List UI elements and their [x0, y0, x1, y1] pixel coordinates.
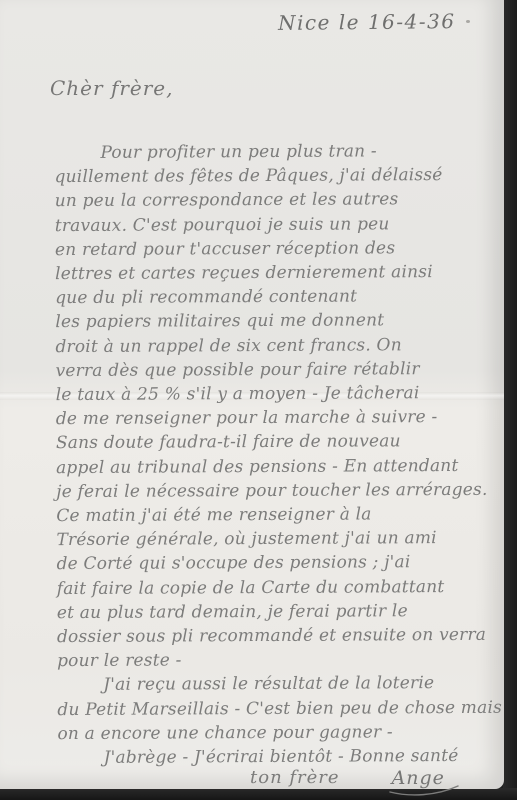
letter-line: et au plus tard demain, je ferai partir … [57, 599, 465, 625]
letter-line: en retard pour t'accuser réception des [55, 236, 463, 262]
letter-line: dossier sous pli recommandé et ensuite o… [57, 623, 465, 649]
scanner-background-right [503, 0, 517, 800]
letter-line: Sans doute faudra-t-il faire de nouveau [56, 429, 464, 455]
letter-line: verra dès que possible pour faire rétabl… [55, 357, 463, 383]
letter-line: travaux. C'est pourquoi je suis un peu [55, 212, 463, 238]
letter-line: les papiers militaires qui me donnent [55, 308, 463, 334]
letter-line: fait faire la copie de la Carte du comba… [57, 575, 465, 601]
letter-line: quillement des fêtes de Pâques, j'ai dél… [54, 163, 462, 189]
letter-line: de Corté qui s'occupe des pensions ; j'a… [57, 550, 465, 576]
letter-closing-row: ton frère Ange [250, 767, 445, 789]
letter-line: Pour profiter un peu plus tran - [54, 139, 462, 165]
letter-line: que du pli recommandé contenant [55, 284, 463, 310]
scanned-letter: Nice le 16-4-36 Chèr frère, Pour profite… [0, 0, 517, 800]
letter-line: de me renseigner pour la marche à suivre… [56, 405, 464, 431]
letter-line: Trésorie générale, où justement j'ai un … [56, 526, 464, 552]
paper-speck [466, 20, 470, 23]
signature-flourish-icon [388, 784, 462, 796]
letter-line: droit à un rappel de six cent francs. On [55, 333, 463, 359]
letter-line: appel au tribunal des pensions - En atte… [56, 454, 464, 480]
letter-line: J'ai reçu aussi le résultat de la loteri… [57, 671, 465, 697]
letter-closing: ton frère [250, 767, 340, 788]
letter-line: on a encore une chance pour gagner - [57, 720, 465, 746]
letter-body: Pour profiter un peu plus tran - quillem… [54, 139, 465, 770]
signature: Ange [392, 767, 445, 789]
letter-salutation: Chèr frère, [50, 76, 174, 100]
letter-line: du Petit Marseillais - C'est bien peu de… [57, 696, 465, 722]
letter-line: un peu la correspondance et les autres [55, 187, 463, 213]
letter-line: je ferai le nécessaire pour toucher les … [56, 478, 464, 504]
letter-paper: Nice le 16-4-36 Chèr frère, Pour profite… [0, 0, 504, 789]
letter-line: pour le reste - [57, 647, 465, 673]
letter-line: lettres et cartes reçues dernierement ai… [55, 260, 463, 286]
letter-line: Ce matin j'ai été me renseigner à la [56, 502, 464, 528]
letter-line: le taux à 25 % s'il y a moyen - Je tâche… [56, 381, 464, 407]
letter-date: Nice le 16-4-36 [278, 9, 456, 35]
